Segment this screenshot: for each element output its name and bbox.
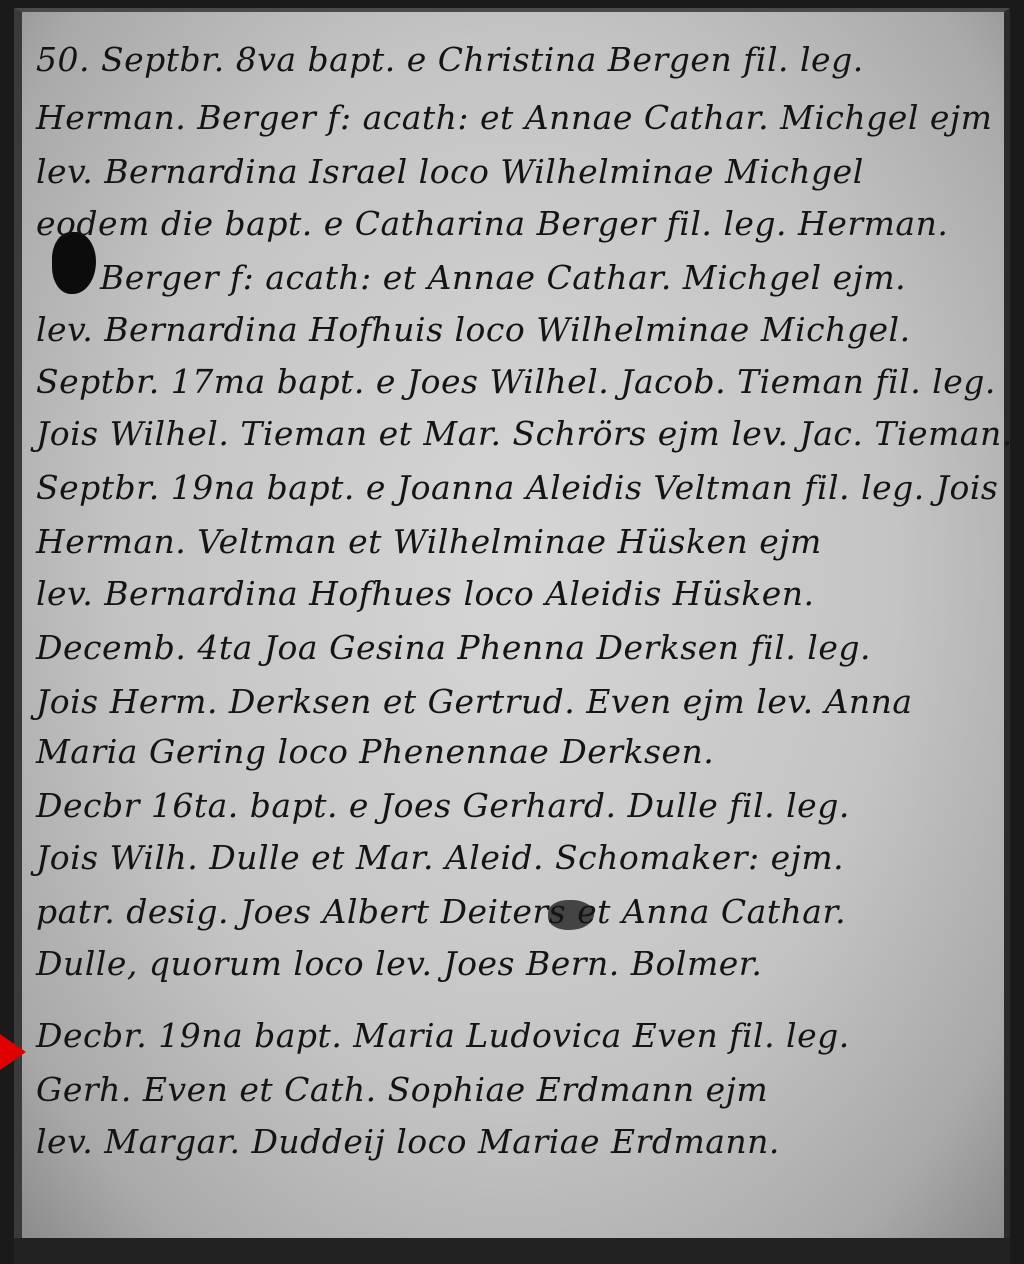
entry-line: Decemb. 4ta Joa Gesina Phenna Derksen fi… — [36, 628, 871, 667]
entry-line: lev. Bernardina Israel loco Wilhelminae … — [36, 152, 864, 191]
entry-line: Septbr. 17ma bapt. e Joes Wilhel. Jacob.… — [36, 362, 996, 401]
entry-line: Herman. Berger f: acath: et Annae Cathar… — [36, 98, 992, 137]
entry-line: lev. Bernardina Hofhuis loco Wilhelminae… — [36, 310, 911, 349]
entry-line: lev. Margar. Duddeij loco Mariae Erdmann… — [36, 1122, 780, 1161]
page-bottom-edge — [14, 1238, 1010, 1264]
entry-line: Septbr. 19na bapt. e Joanna Aleidis Velt… — [36, 468, 998, 507]
entry-line: Gerh. Even et Cath. Sophiae Erdmann ejm — [36, 1070, 768, 1109]
entry-line: Decbr 16ta. bapt. e Joes Gerhard. Dulle … — [36, 786, 850, 825]
entry-line: eodem die bapt. e Catharina Berger fil. … — [36, 204, 948, 243]
entry-line: Decbr. 19na bapt. Maria Ludovica Even fi… — [36, 1016, 850, 1055]
entry-line: Maria Gering loco Phenennae Derksen. — [36, 732, 714, 771]
entry-line: Jois Herm. Derksen et Gertrud. Even ejm … — [36, 682, 913, 721]
entry-line: Herman. Veltman et Wilhelminae Hüsken ej… — [36, 522, 822, 561]
entry-line: 50. Septbr. 8va bapt. e Christina Bergen… — [36, 40, 864, 79]
entry-line: lev. Bernardina Hofhues loco Aleidis Hüs… — [36, 574, 815, 613]
entry-line: patr. desig. Joes Albert Deiters et Anna… — [36, 892, 846, 931]
red-marker-arrow-icon — [0, 1034, 26, 1070]
entry-line: Dulle, quorum loco lev. Joes Bern. Bolme… — [36, 944, 762, 983]
entry-line: Jois Wilhel. Tieman et Mar. Schrörs ejm … — [36, 414, 1013, 453]
entry-line: Jois Wilh. Dulle et Mar. Aleid. Schomake… — [36, 838, 844, 877]
entry-line: Berger f: acath: et Annae Cathar. Michge… — [100, 258, 906, 297]
